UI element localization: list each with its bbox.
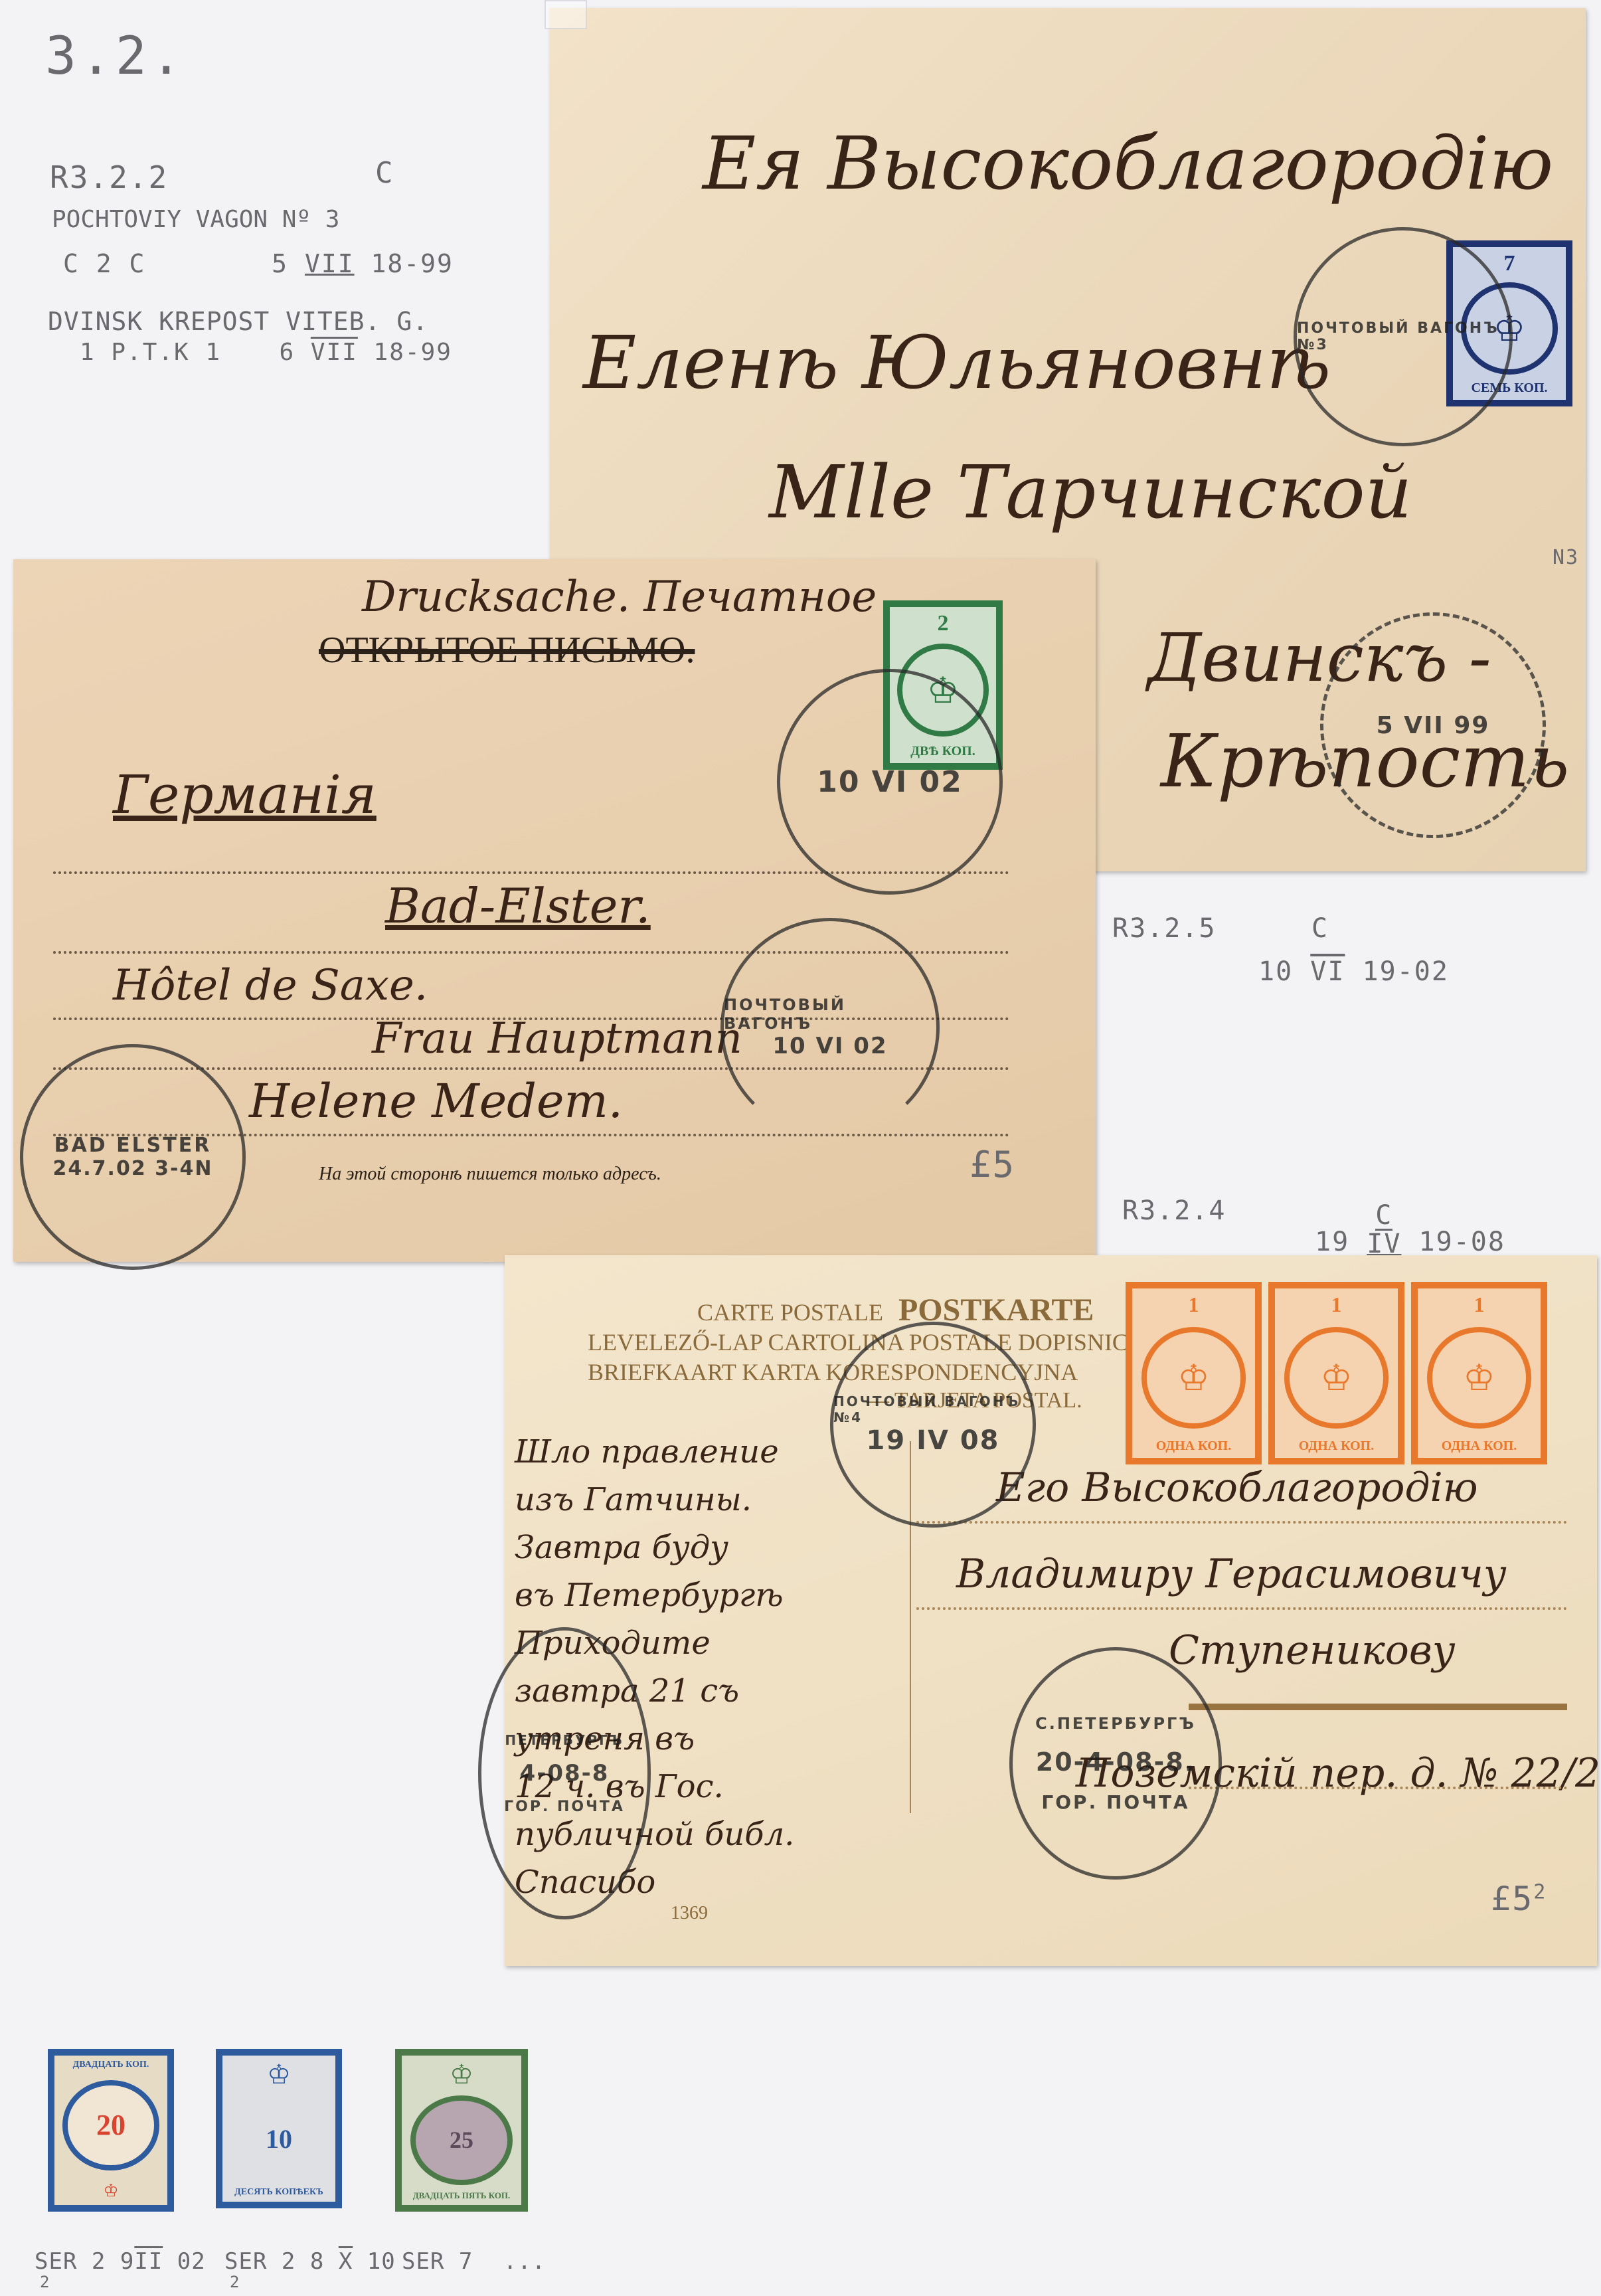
- caption-year: 02: [177, 2248, 206, 2275]
- caption-year: 10: [367, 2248, 396, 2275]
- cancel-rail-vagon-3: ПОЧТОВЫЙ ВАГОНЪ №3: [1294, 227, 1513, 446]
- postcard2-header-1: CARTE POSTALE POSTKARTE: [697, 1292, 1094, 1328]
- envelope-address-line-3: Mlle Тарчинской: [769, 450, 1412, 535]
- item1-ref: R3.2.2: [50, 159, 168, 195]
- cancel-spb-gor-pochta-2: ПЕТЕРБУРГЪ 4-08-8 ГОР. ПОЧТА: [478, 1627, 651, 1919]
- cancel-ring-top: ПЕТЕРБУРГЪ: [505, 1732, 624, 1748]
- stamp-value: 10: [266, 2123, 292, 2155]
- caption-month: II: [134, 2248, 163, 2275]
- caption-day: 8: [310, 2248, 324, 2275]
- loose-stamp-caption-2: SER 2 8 X 10: [224, 2248, 396, 2275]
- stamp-denomination: ДВАДЦАТЬ КОП.: [73, 2060, 149, 2070]
- item2-date-year: 19-02: [1363, 956, 1449, 987]
- eagle-icon: ♔: [1463, 1357, 1495, 1399]
- item2-date-day: 10: [1258, 956, 1293, 987]
- eagle-icon: ♔: [267, 2060, 291, 2090]
- postcard2-address-line-1: Его Высокоблагородію: [996, 1464, 1478, 1511]
- loose-stamp-20-kop[interactable]: ДВАДЦАТЬ КОП. 20 ♔: [48, 2049, 174, 2212]
- postcard1-address-line-1: Bad-Elster.: [385, 878, 651, 934]
- stamp-value: 2: [938, 611, 949, 636]
- loose-stamp-caption-2-sub: 2: [230, 2273, 240, 2291]
- cancel-ring-text: ПОЧТОВЫЙ ВАГОНЪ: [724, 996, 936, 1033]
- stamp-1-kop-b: 1 ♔ ОДНА КОП.: [1268, 1282, 1404, 1464]
- cancel-date: 20-4-08-8.: [1036, 1747, 1195, 1777]
- cancel-date: 4-08-8: [520, 1760, 610, 1787]
- cancel-ring-text: ПОЧТОВЫЙ ВАГОНЪ №3: [1297, 320, 1509, 353]
- cancel-ring-top: С.ПЕТЕРБУРГЪ: [1035, 1714, 1196, 1733]
- stamp-denomination: ДВАДЦАТЬ ПЯТЬ КОП.: [413, 2190, 511, 2201]
- item1-line4-month: VII: [311, 339, 358, 366]
- header-carte-postale: CARTE POSTALE: [697, 1299, 883, 1326]
- cancel-ring-bottom: ГОР. ПОЧТА: [504, 1799, 625, 1815]
- caption-series: SER 2: [35, 2248, 106, 2275]
- item3-date-year: 19-08: [1419, 1227, 1505, 1257]
- section-number: 3.2.: [45, 27, 186, 86]
- stamp-value: 1: [1331, 1292, 1342, 1317]
- postcard1-footer: На этой сторонѣ пишется только адресъ.: [319, 1164, 661, 1185]
- cancel-ring-bottom: ГОР. ПОЧТА: [1041, 1791, 1189, 1813]
- item1-line4: 1 P.T.K 1 6 VII 18-99: [80, 339, 452, 366]
- item3-date-month: IV: [1367, 1231, 1401, 1257]
- printer-number: 1369: [671, 1903, 708, 1924]
- cancel-bad-elster: BAD ELSTER 24.7.02 3-4N: [20, 1044, 246, 1270]
- item1-line4-left: 1 P.T.K 1: [80, 339, 221, 366]
- item1-line2: C 2 C 5 VII 18-99: [63, 249, 454, 278]
- cancel-date: 10 VI 02: [772, 1033, 887, 1059]
- cancel-ring-text: ПОЧТОВЫЙ ВАГОНЪ №4: [833, 1393, 1033, 1425]
- item1-line1: POCHTOVIY VAGON Nº 3: [52, 206, 339, 233]
- underline-bar: [1189, 1704, 1567, 1710]
- item1-line3: DVINSK KREPOST VITEB. G.: [48, 307, 428, 336]
- stamp-1-kop-c: 1 ♔ ОДНА КОП.: [1411, 1282, 1547, 1464]
- cancel-ring-text: BAD ELSTER: [54, 1134, 212, 1157]
- cancel-rail-transit: ПОЧТОВЫЙ ВАГОНЪ 10 VI 02: [720, 918, 940, 1137]
- stamp-value: 1: [1474, 1292, 1485, 1317]
- caption-day: 9: [120, 2248, 134, 2275]
- envelope-pencil-note: N3: [1553, 546, 1579, 569]
- postcard1-address-line-2: Hôtel de Saxe.: [113, 961, 428, 1010]
- message-line: Завтра буду: [515, 1524, 906, 1571]
- price-fraction: 2: [1533, 1880, 1547, 1903]
- cancel-date: 10 VI 02: [817, 765, 963, 799]
- eagle-icon: ♔: [103, 2180, 118, 2201]
- loose-stamp-caption-3: SER 7 ...: [402, 2248, 546, 2275]
- mount-corner: [545, 0, 587, 29]
- stamp-denomination: ОДНА КОП.: [1156, 1439, 1231, 1454]
- item1-date-day: 5: [272, 249, 288, 278]
- cancel-rail-vagon-4: ПОЧТОВЫЙ ВАГОНЪ №4 19 IV 08: [830, 1322, 1036, 1528]
- item2-grade: C: [1311, 913, 1329, 944]
- caption-month: X: [339, 2248, 353, 2275]
- postcard2-address-line-3: Ступеникову: [1169, 1627, 1456, 1674]
- postcard1-address-line-4: Helene Medem.: [249, 1074, 623, 1128]
- postcard-postkarte[interactable]: CARTE POSTALE POSTKARTE LEVELEZŐ-LAP CAR…: [505, 1255, 1597, 1966]
- postcard1-printed-title: ОТКРЫТОЕ ПИСЬМО.: [319, 629, 695, 671]
- item3-ref: R3.2.4: [1122, 1195, 1226, 1226]
- item1-date-month: VII: [305, 249, 355, 278]
- stamp-value: 1: [1189, 1292, 1199, 1317]
- loose-stamp-caption-1: SER 2 9II 02: [35, 2248, 206, 2275]
- item1-line4-day: 6: [279, 339, 295, 366]
- item2-date-month: VI: [1310, 956, 1345, 987]
- postcard2-address-line-2: Владимиру Герасимовичу: [956, 1551, 1507, 1597]
- item2-ref: R3.2.5: [1112, 913, 1217, 944]
- postcard-drucksache[interactable]: Drucksache. Печатное ОТКРЫТОЕ ПИСЬМО. Ге…: [13, 559, 1096, 1262]
- crown-icon: ♔: [450, 2060, 473, 2090]
- cancel-date: 5 VII 99: [1377, 712, 1490, 739]
- stamp-denomination: ДЕСЯТЬ КОПѢЕКЪ: [234, 2187, 323, 2198]
- item1-grade: C: [375, 156, 394, 190]
- item1-date-year: 18-99: [371, 249, 453, 278]
- stamp-denomination: ОДНА КОП.: [1442, 1439, 1517, 1454]
- item2-date: 10 VI 19-02: [1258, 956, 1449, 987]
- message-line: въ Петербургѣ: [515, 1571, 906, 1619]
- stamp-denomination: ОДНА КОП.: [1299, 1439, 1374, 1454]
- caption-series: SER 2: [224, 2248, 295, 2275]
- eagle-icon: ♔: [1177, 1357, 1209, 1399]
- stamp-value: 20: [96, 2108, 126, 2142]
- caption-day: ...: [503, 2248, 546, 2275]
- item1-line4-year: 18-99: [374, 339, 452, 366]
- caption-series: SER 7: [402, 2248, 473, 2275]
- cancel-date: 19 IV 08: [866, 1425, 999, 1456]
- cancel-dvinsk: 5 VII 99: [1320, 612, 1546, 838]
- stamp-1-kop-a: 1 ♔ ОДНА КОП.: [1126, 1282, 1262, 1464]
- stamp-value: 7: [1504, 251, 1515, 276]
- cancel-spb-gor-pochta: С.ПЕТЕРБУРГЪ 20-4-08-8. ГОР. ПОЧТА: [1009, 1647, 1222, 1880]
- postcard1-header-handwritten: Drucksache. Печатное: [362, 573, 877, 622]
- postcard1-address-line-3: Frau Hauptmann: [372, 1014, 742, 1063]
- envelope-address-line-2: Еленѣ Юльяновнѣ: [583, 320, 1331, 405]
- item1-line2-left: C 2 C: [63, 249, 145, 278]
- postcard2-price: £52: [1491, 1880, 1547, 1918]
- loose-stamp-caption-1-sub: 2: [40, 2273, 50, 2291]
- item3-date: 19 C IV 19-08: [1315, 1202, 1505, 1257]
- stamp-value: 25: [450, 2126, 473, 2154]
- cancel-date: 24.7.02 3-4N: [53, 1157, 213, 1180]
- loose-stamp-25-kop[interactable]: ♔ 25 ДВАДЦАТЬ ПЯТЬ КОП.: [395, 2049, 528, 2212]
- item3-date-day: 19: [1315, 1227, 1349, 1257]
- envelope-address-line-1: Ея Высокоблагородiю: [703, 121, 1553, 206]
- postcard1-price: £5: [969, 1144, 1015, 1186]
- postcard1-country: Германія: [113, 764, 377, 826]
- eagle-icon: ♔: [1320, 1357, 1352, 1399]
- cancel-rail-vagon-5: 10 VI 02: [777, 669, 1003, 895]
- item3-grade: C: [1375, 1202, 1392, 1231]
- price-value: £5: [1491, 1880, 1533, 1918]
- loose-stamp-10-kop[interactable]: ♔ 10 ДЕСЯТЬ КОПѢЕКЪ: [216, 2049, 342, 2208]
